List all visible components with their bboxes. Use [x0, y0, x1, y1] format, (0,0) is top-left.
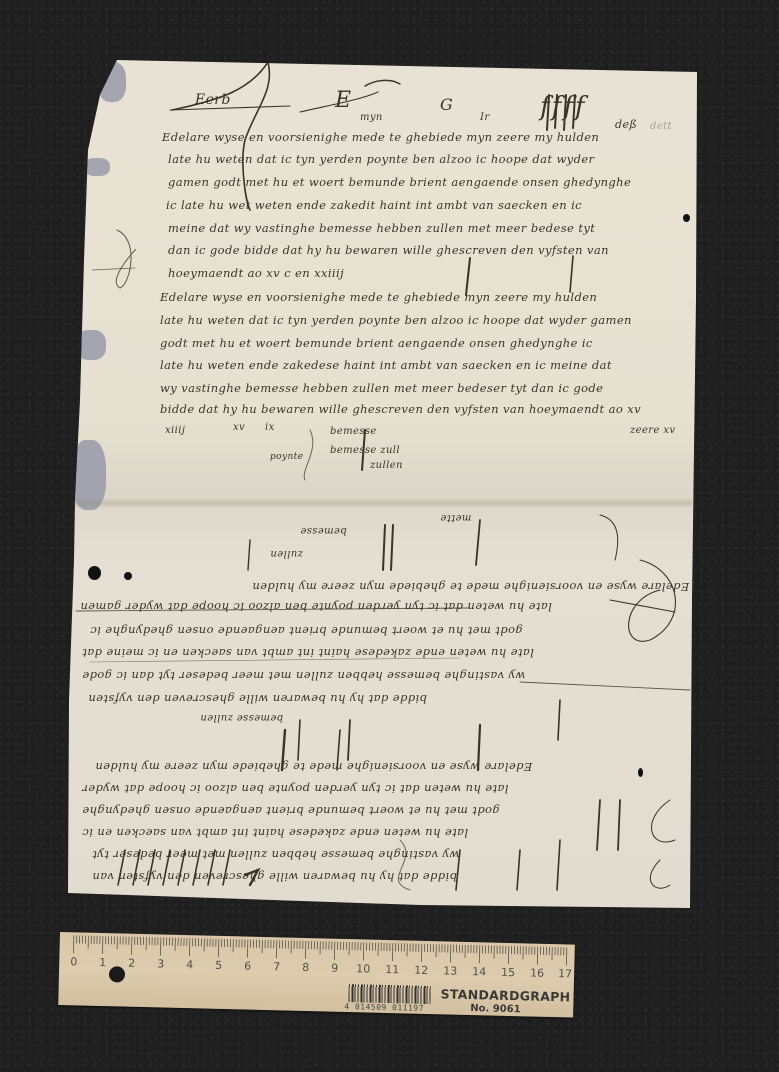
manuscript-page: Eerb E myn G Ir ffff deß dett Edelare wy…: [0, 0, 779, 930]
ruler-ticks: [59, 932, 574, 967]
ruler-label: 14: [472, 965, 486, 978]
ruler-hanging-hole: [109, 966, 125, 982]
ruler-label: 15: [501, 966, 515, 979]
barcode-number: 4 014509 011197: [344, 1002, 424, 1013]
ruler-label: 1: [99, 956, 106, 969]
ruler-brand: STANDARDGRAPH: [440, 986, 570, 1004]
scale-ruler: 0 1 2 3 4 5 6 7 8 9 10 11 12 13 14 15 16…: [58, 932, 575, 1018]
ruler-label: 3: [157, 957, 164, 970]
ruler-label: 7: [273, 960, 280, 973]
ruler-label: 0: [70, 955, 77, 968]
ruler-label: 6: [244, 960, 251, 973]
ruler-label: 10: [356, 962, 370, 975]
ruler-label: 13: [443, 964, 457, 977]
ruler-label: 5: [215, 959, 222, 972]
ruler-model: No. 9061: [470, 1003, 521, 1015]
ruler-label: 12: [414, 964, 428, 977]
ruler-label: 2: [128, 957, 135, 970]
ruler-label: 16: [530, 967, 544, 980]
pen-flourishes: [0, 0, 779, 930]
barcode: [348, 984, 430, 1004]
ruler-label: 4: [186, 958, 193, 971]
manuscript-sheet-area: Eerb E myn G Ir ffff deß dett Edelare wy…: [0, 0, 779, 930]
ruler-label: 11: [385, 963, 399, 976]
ruler-label: 9: [331, 962, 338, 975]
ruler-label: 8: [302, 961, 309, 974]
ruler-label: 17: [558, 967, 572, 980]
